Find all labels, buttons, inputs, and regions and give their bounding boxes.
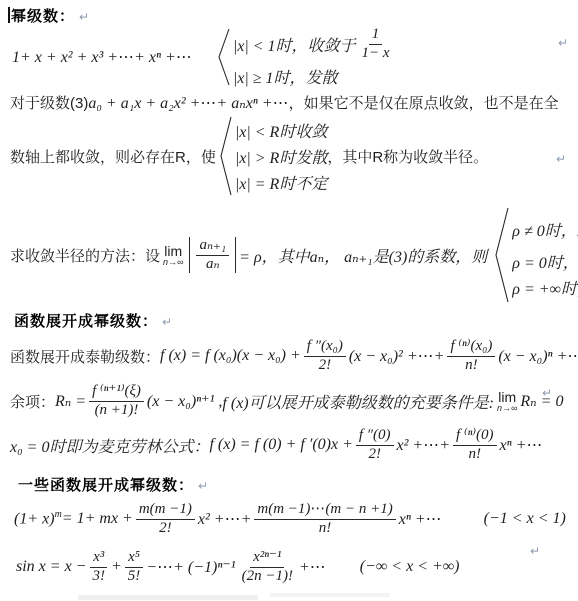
case-row: |x| < R时收敛	[235, 119, 327, 142]
fraction-numerator: m(m −1)⋯(m − n +1)	[254, 501, 395, 519]
fraction: f ″(0) 2!	[356, 427, 394, 463]
fraction-denominator: 1− x	[359, 45, 393, 62]
binomial-term1: = 1+ mx +	[62, 510, 133, 528]
case1-text: |x| < 1时，收敛于	[233, 33, 356, 56]
geometric-series-cases: |x| < 1时，收敛于 1 1− x |x| ≥ 1时，发散	[218, 26, 396, 88]
heading-power-series-label: 幂级数：	[11, 8, 75, 25]
series3-line1-pre: 对于级数(3)	[10, 92, 88, 113]
fraction: f ⁽ⁿ⁾(x₀) n!	[447, 338, 495, 374]
absolute-value-bars: aₙ₊₁ aₙ	[189, 237, 236, 273]
binomial-exponent: m	[55, 509, 62, 520]
sine-range: (−∞ < x < +∞)	[360, 558, 460, 576]
lim-word: lim	[498, 390, 516, 404]
paragraph-mark-icon: ↵	[79, 10, 89, 24]
maclaurin-term1: f (x) = f (0) + f ′(0)x +	[209, 436, 352, 454]
cases-bracket-icon	[218, 28, 230, 86]
fraction-denominator: n!	[462, 357, 481, 374]
remainder-term2: (x − x₀)ⁿ⁺¹ ,	[147, 391, 223, 411]
geometric-series-expression: 1+ x + x² + x³ +⋯+ xⁿ +⋯	[12, 47, 192, 67]
lim-word: lim	[164, 244, 182, 258]
fraction: x³ 3!	[89, 549, 108, 585]
fraction: m(m −1)⋯(m − n +1) n!	[254, 501, 395, 537]
case-row: |x| ≥ 1时，发散	[233, 65, 396, 88]
text-cursor-bar	[8, 7, 10, 23]
case-row: ρ = +∞时，R = 0	[512, 276, 578, 299]
fraction-denominator: 2!	[156, 520, 175, 537]
fraction: m(m −1) 2!	[136, 501, 195, 537]
taylor-label: 函数展开成泰勒级数：	[10, 346, 160, 367]
maclaurin-term2: x² +⋯+	[397, 435, 451, 455]
cut-off-text-remnant	[270, 593, 390, 597]
taylor-term3: (x − x₀)ⁿ +⋯	[498, 346, 578, 366]
fraction-denominator: n!	[316, 520, 335, 537]
sine-term3: −⋯+ (−1)ⁿ⁻¹	[146, 557, 235, 577]
remainder-condition: f (x)可以展开成泰勒级数的充要条件是:	[222, 390, 494, 413]
formula-maclaurin: x₀ = 0时即为麦克劳林公式： f (x) = f (0) + f ′(0)x…	[10, 424, 542, 466]
fraction-denominator: n!	[466, 446, 485, 463]
lim-subscript: n→∞	[497, 404, 517, 413]
series3-line1-post: ，如果它不是仅在原点收敛，也不是在全	[289, 92, 559, 113]
fraction-denominator: 2!	[316, 357, 335, 374]
series3-line2-pre: 数轴上都收敛，则必存在R，使	[10, 146, 216, 167]
fraction: aₙ₊₁ aₙ	[196, 237, 229, 273]
sine-term4: +⋯	[299, 557, 326, 577]
fraction-denominator: 3!	[89, 568, 108, 585]
fraction-denominator: 5!	[125, 568, 144, 585]
formula-radius-method: 求收敛半径的方法：设 lim n→∞ aₙ₊₁ aₙ = ρ，其中aₙ， aₙ₊…	[10, 206, 578, 304]
paragraph-series3-line2: 数轴上都收敛，则必存在R，使 |x| < R时收敛 |x| > R时发散 |x|…	[10, 114, 488, 198]
series3-line1-math: a₀ + a₁x + a₂x² +⋯+ aₙxⁿ +⋯	[88, 93, 288, 113]
heading-example-expansions: 一些函数展开成幂级数：↵	[18, 474, 208, 495]
heading-example-expansions-label: 一些函数展开成幂级数：	[18, 477, 194, 494]
fraction: f ″(x₀) 2!	[304, 338, 346, 374]
formula-geometric-series: 1+ x + x² + x³ +⋯+ xⁿ +⋯ |x| < 1时，收敛于 1 …	[12, 26, 396, 88]
series3-line2-post: ，其中R称为收敛半径。	[327, 146, 488, 167]
maclaurin-intro: x₀ = 0时即为麦克劳林公式：	[10, 434, 209, 457]
binomial-base: (1+ x)m	[14, 509, 62, 528]
fraction-numerator: f ″(x₀)	[304, 338, 346, 356]
sine-term2: +	[111, 558, 122, 576]
radius-pre: 求收敛半径的方法：设	[10, 245, 160, 266]
paragraph-series3-line1: 对于级数(3) a₀ + a₁x + a₂x² +⋯+ aₙxⁿ +⋯ ，如果它…	[10, 92, 559, 113]
limit-operator: lim n→∞	[497, 390, 517, 413]
fraction-numerator: m(m −1)	[136, 501, 195, 519]
fraction: x²ⁿ⁻¹ (2n −1)!	[239, 549, 296, 585]
limit-operator: lim n→∞	[163, 244, 183, 267]
fraction-numerator: f ⁽ⁿ⁾(0)	[453, 427, 497, 445]
fraction: 1 1− x	[359, 26, 393, 62]
binomial-term3: xⁿ +⋯	[399, 509, 442, 529]
cases-bracket-icon	[220, 116, 232, 196]
fraction-numerator: f ⁽ⁿ⁾(x₀)	[447, 338, 495, 356]
paragraph-mark-icon: ↵	[542, 386, 552, 400]
case-row: |x| > R时发散	[235, 145, 327, 168]
remainder-label: 余项：	[10, 391, 55, 412]
radius-mid: = ρ，其中aₙ， aₙ₊₁是(3)的系数，则	[239, 244, 487, 267]
paragraph-mark-icon: ↵	[530, 544, 540, 558]
case-row: |x| < 1时，收敛于 1 1− x	[233, 26, 396, 62]
lim-subscript: n→∞	[163, 258, 183, 267]
taylor-term1: f (x) = f (x₀)(x − x₀) +	[160, 347, 301, 365]
fraction-numerator: aₙ₊₁	[196, 237, 229, 255]
formula-sine: sin x = x − x³ 3! + x⁵ 5! −⋯+ (−1)ⁿ⁻¹ x²…	[16, 542, 460, 592]
cut-off-text-remnant	[78, 595, 258, 600]
formula-taylor-series: 函数展开成泰勒级数： f (x) = f (x₀)(x − x₀) + f ″(…	[10, 334, 578, 378]
maclaurin-term3: xⁿ +⋯	[500, 435, 543, 455]
case-row: ρ ≠ 0时，R = 1 ρ	[512, 211, 578, 247]
fraction: x⁵ 5!	[125, 549, 144, 585]
fraction-numerator: x⁵	[125, 549, 143, 567]
paragraph-mark-icon: ↵	[558, 36, 568, 50]
taylor-term2: (x − x₀)² +⋯+	[349, 346, 445, 366]
fraction: f ⁽ⁿ⁺¹⁾(ξ) (n +1)!	[89, 383, 144, 419]
rho-cases: ρ ≠ 0时，R = 1 ρ ρ = 0时，R = +∞ ρ = +∞时，R =…	[495, 207, 578, 303]
case-row: ρ = 0时，R = +∞	[512, 250, 578, 273]
fraction-numerator: x³	[90, 549, 107, 567]
heading-expand-series: 函数展开成幂级数：↵	[14, 310, 172, 331]
case-row: |x| = R时不定	[235, 171, 327, 194]
heading-expand-series-label: 函数展开成幂级数：	[14, 313, 158, 330]
paragraph-mark-icon: ↵	[162, 315, 172, 329]
fraction-denominator: aₙ	[203, 256, 223, 273]
cases-bracket-icon	[495, 207, 509, 303]
sine-term1: sin x = x −	[16, 558, 86, 576]
remainder-term1: Rₙ =	[55, 391, 86, 411]
paragraph-mark-icon: ↵	[556, 152, 566, 166]
heading-power-series: 幂级数：↵	[8, 5, 89, 26]
fraction-denominator: 2!	[365, 446, 384, 463]
document-page: { "page": { "text_color": "#1f1f1f", "he…	[0, 0, 578, 601]
formula-binomial: (1+ x)m = 1+ mx + m(m −1) 2! x² +⋯+ m(m …	[14, 496, 566, 542]
formula-remainder: 余项： Rₙ = f ⁽ⁿ⁺¹⁾(ξ) (n +1)! (x − x₀)ⁿ⁺¹ …	[10, 380, 563, 422]
fraction-numerator: x²ⁿ⁻¹	[250, 549, 284, 567]
radius-cases: |x| < R时收敛 |x| > R时发散 |x| = R时不定	[220, 116, 327, 196]
fraction-numerator: 1	[369, 26, 383, 44]
fraction-numerator: f ″(0)	[356, 427, 394, 445]
rho-case1-text: ρ ≠ 0时，R =	[512, 218, 578, 241]
fraction: f ⁽ⁿ⁾(0) n!	[453, 427, 497, 463]
binomial-range: (−1 < x < 1)	[484, 510, 566, 528]
fraction-denominator: (n +1)!	[92, 402, 142, 419]
paragraph-mark-icon: ↵	[198, 479, 208, 493]
case2-text: |x| ≥ 1时，发散	[233, 65, 338, 88]
binomial-term2: x² +⋯+	[198, 509, 252, 529]
fraction-denominator: (2n −1)!	[239, 568, 296, 585]
fraction-numerator: f ⁽ⁿ⁺¹⁾(ξ)	[89, 383, 144, 401]
